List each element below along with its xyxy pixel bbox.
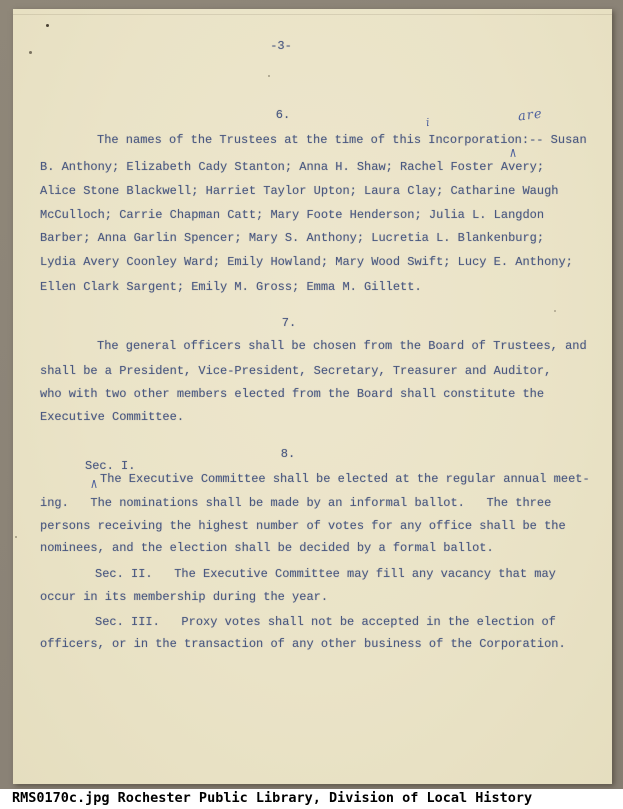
section8-line: persons receiving the highest number of … <box>40 519 566 534</box>
section6-heading: 6. <box>253 108 313 123</box>
paper-speck <box>46 24 49 27</box>
caption-bar: RMS0170c.jpg Rochester Public Library, D… <box>0 789 623 809</box>
section8-heading: 8. <box>258 447 318 462</box>
section7-line: Executive Committee. <box>40 410 184 425</box>
section6-line: Lydia Avery Coonley Ward; Emily Howland;… <box>40 255 573 270</box>
section8-line: Sec. II. The Executive Committee may fil… <box>95 567 556 582</box>
paper-speck <box>268 75 270 77</box>
section8-line: Sec. III. Proxy votes shall not be accep… <box>95 615 556 630</box>
sec1-insertion-caret: ∧ <box>90 475 98 491</box>
section8-line: officers, or in the transaction of any o… <box>40 637 566 652</box>
section6-line: McCulloch; Carrie Chapman Catt; Mary Foo… <box>40 208 544 223</box>
page-number: -3- <box>251 39 311 54</box>
document-page: -3- 6. The names of the Trustees at the … <box>13 9 612 784</box>
section6-line: Alice Stone Blackwell; Harriet Taylor Up… <box>40 184 558 199</box>
caption-text: RMS0170c.jpg Rochester Public Library, D… <box>12 790 532 806</box>
section6-line: B. Anthony; Elizabeth Cady Stanton; Anna… <box>40 160 544 175</box>
paper-speck <box>554 310 556 312</box>
paper-speck <box>29 51 32 54</box>
section8-line: occur in its membership during the year. <box>40 590 328 605</box>
section8-line: nominees, and the election shall be deci… <box>40 541 494 556</box>
screenshot: -3- 6. The names of the Trustees at the … <box>0 0 623 809</box>
section7-line: who with two other members elected from … <box>40 387 544 402</box>
handwritten-i-annotation: i <box>425 116 430 129</box>
section7-line: shall be a President, Vice-President, Se… <box>40 364 551 379</box>
section6-line: Ellen Clark Sargent; Emily M. Gross; Emm… <box>40 280 422 295</box>
section8-line: The Executive Committee shall be elected… <box>100 472 590 487</box>
section7-line: The general officers shall be chosen fro… <box>97 339 587 354</box>
section8-line: ing. The nominations shall be made by an… <box>40 496 551 511</box>
paper-speck <box>15 536 17 538</box>
insertion-caret: ∧ <box>509 144 517 160</box>
section7-heading: 7. <box>259 316 319 331</box>
section6-line: Barber; Anna Garlin Spencer; Mary S. Ant… <box>40 231 544 246</box>
handwritten-are-annotation: are <box>517 107 543 125</box>
